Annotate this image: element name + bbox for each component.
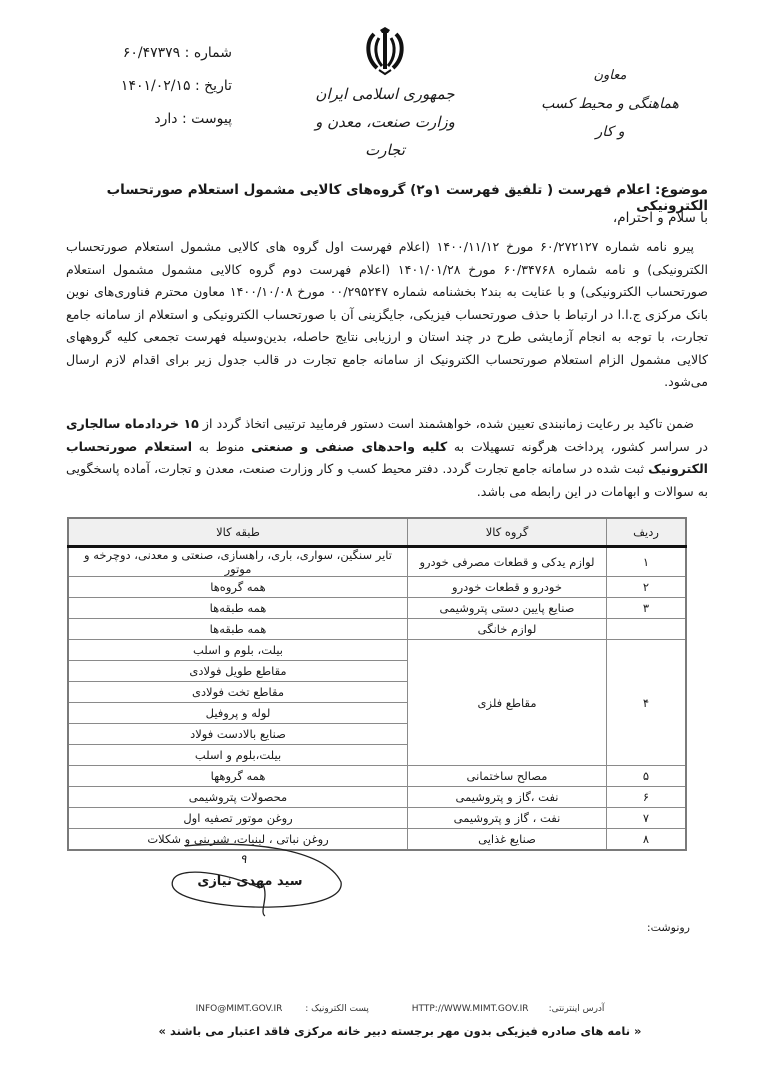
deadline-text: ۱۵ خردادماه سالجاری: [66, 416, 199, 431]
letter-attachment: پیوست : دارد: [60, 106, 232, 139]
letter-meta: شماره : ۶۰/۴۷۳۷۹ تاریخ : ۱۴۰۱/۰۲/۱۵ پیوس…: [60, 40, 232, 139]
footer-contact: آدرس اینترنتی:HTTP://WWW.MIMT.GOV.IR پست…: [140, 1004, 660, 1014]
ministry-title: جمهوری اسلامی ایران وزارت صنعت، معدن و ت…: [300, 80, 470, 164]
deputy-title: معاون هماهنگی و محیط کسب و کار: [540, 62, 680, 146]
email: پست الکترونیک : INFO@MIMT.GOV.IR: [186, 1004, 379, 1014]
table-header-row: ردیف گروه کالا طبقه کالا: [68, 518, 686, 547]
signature-initial: ۹: [240, 852, 246, 866]
table-row: ۸ صنایع غذایی روغن نباتی ، لبنیات، شیرین…: [68, 829, 686, 851]
body-paragraph-2: ضمن تاکید بر رعایت زمانبندی تعیین شده، خ…: [66, 413, 708, 503]
header-radif: ردیف: [607, 518, 687, 547]
signatory-name: سید مهدی نیازی: [190, 874, 310, 889]
cc-label: رونوشت:: [600, 921, 690, 934]
letter-number: شماره : ۶۰/۴۷۳۷۹: [60, 40, 232, 73]
header-category: طبقه کالا: [68, 518, 408, 547]
table-row: ۱ لوازم یدکی و قطعات مصرفی خودرو تایر سن…: [68, 547, 686, 577]
letter-date: تاریخ : ۱۴۰۱/۰۲/۱۵: [60, 73, 232, 106]
header-group: گروه کالا: [408, 518, 607, 547]
table-row: ۵ مصالح ساختمانی همه گروهها: [68, 766, 686, 787]
target-units-text: کلیه واحدهای صنفی و صنعتی: [251, 439, 447, 454]
website: آدرس اینترنتی:HTTP://WWW.MIMT.GOV.IR: [402, 1004, 615, 1014]
goods-table: ردیف گروه کالا طبقه کالا ۱ لوازم یدکی و …: [67, 517, 687, 851]
body-paragraph-1: پیرو نامه شماره ۶۰/۲۷۲۱۲۷ مورخ ۱۴۰۰/۱۱/۱…: [66, 236, 708, 394]
table-row: ۳ صنایع پایین دستی پتروشیمی همه طبقه‌ها: [68, 598, 686, 619]
greeting: با سلام و احترام،: [60, 210, 708, 226]
table-row: ۲ خودرو و قطعات خودرو همه گروه‌ها: [68, 577, 686, 598]
footer-note: « نامه های صادره فیزیکی بدون مهر برجسته …: [140, 1024, 660, 1038]
table-row-metal: ۴ مقاطع فلزی بیلت، بلوم و اسلب: [68, 640, 686, 661]
table-row: ۷ نفت ، گاز و پتروشیمی روغن موتور تصفیه …: [68, 808, 686, 829]
table-row: لوازم خانگی همه طبقه‌ها: [68, 619, 686, 640]
iran-emblem-icon: [363, 26, 407, 76]
table-row: ۶ نفت ،گاز و پتروشیمی محصولات پتروشیمی: [68, 787, 686, 808]
